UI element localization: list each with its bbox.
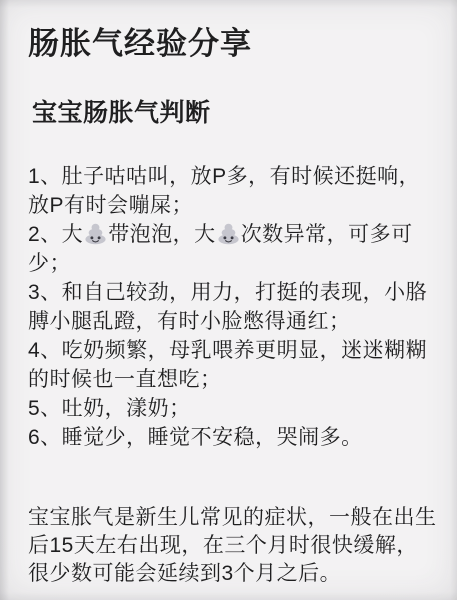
list-item: 3、和自己较劲，用力，打挺的表现，小胳膊小腿乱蹬，有时小脸憋得通红； <box>28 278 439 336</box>
poop-emoji-icon <box>217 222 240 245</box>
list-item-text-part: 2、大 <box>28 223 83 246</box>
symptom-list: 1、肚子咕咕叫，放P多，有时候还挺响，放P有时会嘣屎； 2、大带泡泡，大次数异常… <box>0 162 457 452</box>
page-title: 肠胀气经验分享 <box>0 0 457 62</box>
list-item-text-part: 带泡泡，大 <box>108 223 216 246</box>
footer-note: 宝宝胀气是新生儿常见的症状，一般在出生后15天左右出现，在三个月时很快缓解，很少… <box>0 504 457 588</box>
page-subtitle: 宝宝肠胀气判断 <box>0 98 457 128</box>
list-item: 2、大带泡泡，大次数异常，可多可少； <box>28 220 439 278</box>
list-item: 5、吐奶，漾奶； <box>28 394 439 423</box>
poop-emoji-icon <box>84 222 107 245</box>
list-item: 6、睡觉少，睡觉不安稳，哭闹多。 <box>28 423 439 452</box>
note-card: 肠胀气经验分享 宝宝肠胀气判断 1、肚子咕咕叫，放P多，有时候还挺响，放P有时会… <box>0 0 457 600</box>
list-item: 4、吃奶频繁，母乳喂养更明显，迷迷糊糊的时候也一直想吃； <box>28 336 439 394</box>
list-item: 1、肚子咕咕叫，放P多，有时候还挺响，放P有时会嘣屎； <box>28 162 439 220</box>
